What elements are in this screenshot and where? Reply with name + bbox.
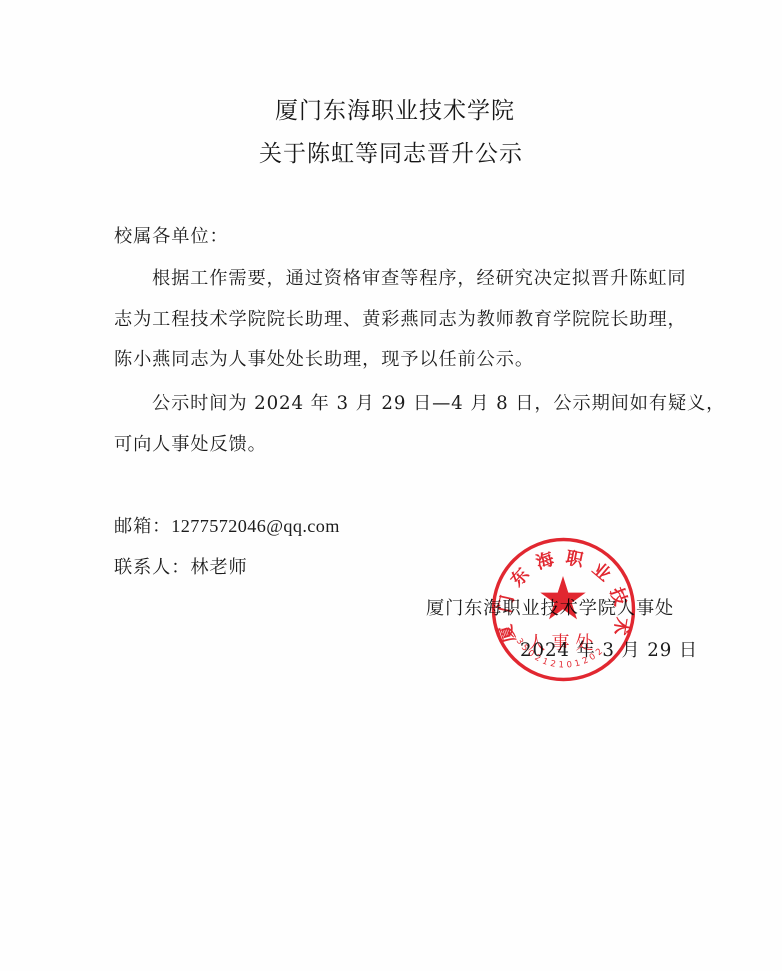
paragraph-line: 根据工作需要，通过资格审查等程序，经研究决定拟晋升陈虹同 [152,264,686,290]
contact-person: 联系人：林老师 [114,553,248,579]
paragraph-line: 陈小燕同志为人事处处长助理，现予以任前公示。 [114,345,534,371]
paragraph-line: 公示时间为 2024 年 3 月 29 日—4 月 8 日，公示期间如有疑义， [152,389,725,415]
contact-email: 邮箱：1277572046@qq.com [114,512,340,538]
paragraph-line: 志为工程技术学院院长助理、黄彩燕同志为教师教育学院院长助理， [114,305,687,331]
person-label: 联系人： [114,557,190,578]
paragraph-line: 可向人事处反馈。 [114,430,267,456]
person-value: 林老师 [190,557,247,578]
seal-center-text: 人事处 [528,633,600,654]
official-seal: 厦门东海职业技术学院 人事处 350212101202 [490,536,637,683]
email-value: 1277572046@qq.com [171,516,340,536]
document-title-subject: 关于陈虹等同志晋升公示 [0,135,782,168]
document-page: 厦门东海职业技术学院 关于陈虹等同志晋升公示 校属各单位： 根据工作需要，通过资… [0,0,782,971]
email-label: 邮箱： [114,516,171,537]
salutation: 校属各单位： [114,222,229,248]
document-title-institution: 厦门东海职业技术学院 [4,92,782,125]
star-icon [540,576,585,619]
